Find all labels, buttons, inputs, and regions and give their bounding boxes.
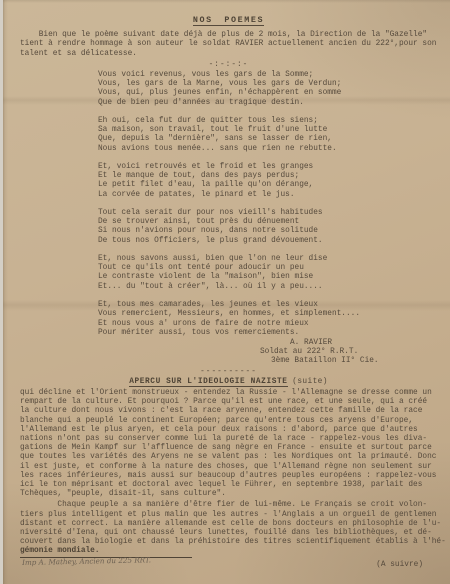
footer-row: Imp A. Mathey, Ancien du 225 RRT. (A sui… (20, 558, 437, 570)
to-be-continued-label: (A suivre) (376, 561, 437, 570)
signature-rank: Soldat au 222° R.R.T. (260, 348, 437, 357)
title-row: NOS POEMES (20, 16, 437, 26)
page-title: NOS POEMES (193, 16, 264, 26)
poem-body: Vous voici revenus, vous les gars de la … (98, 71, 437, 338)
article-paragraph-1: qui décline et l'Orient monstrueux - ent… (20, 389, 437, 499)
page-content: NOS POEMES Bien que le poème suivant dat… (3, 0, 450, 570)
signature-name: A. RAVIER (290, 339, 437, 348)
article-heading: APERCU SUR L'IDEOLOGIE NAZISTE (129, 378, 287, 387)
handwritten-printer-note: Imp A. Mathey, Ancien du 225 RRT. (22, 555, 151, 567)
article-heading-row: APERCU SUR L'IDEOLOGIE NAZISTE (suite) (20, 378, 437, 387)
article-paragraph-2: Chaque peuple a sa manière d'être fier d… (20, 501, 437, 547)
signature-block: A. RAVIER Soldat au 222° R.R.T. 3ème Bat… (20, 339, 437, 367)
article-heading-suffix: (suite) (292, 378, 328, 386)
paper-sheet: NOS POEMES Bien que le poème suivant dat… (3, 0, 450, 584)
scanned-page: NOS POEMES Bien que le poème suivant dat… (0, 0, 450, 584)
signature-unit: 3ème Bataillon II° Cie. (271, 357, 437, 366)
article-separator: ---------- (20, 368, 437, 377)
poem-separator: -:-:-:- (20, 61, 437, 70)
intro-paragraph: Bien que le poème suivant date déjà de p… (20, 31, 437, 59)
